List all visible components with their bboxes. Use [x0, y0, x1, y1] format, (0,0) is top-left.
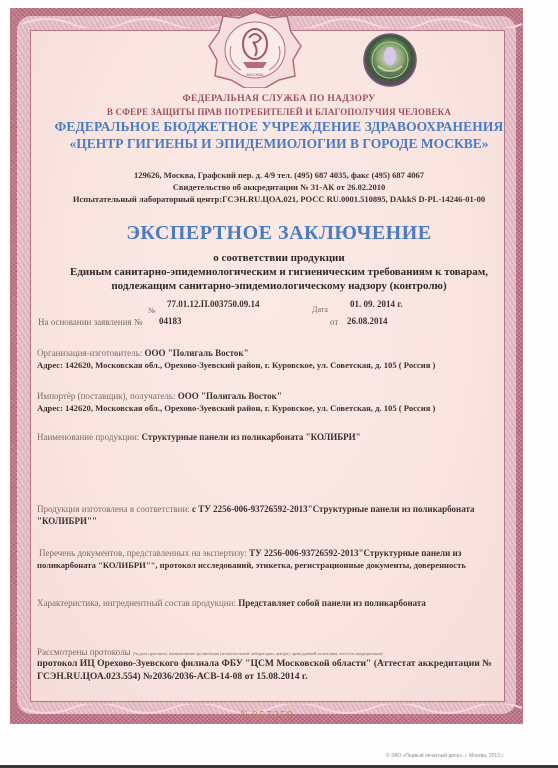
- document-date: 01. 09. 2014 г.: [350, 299, 403, 309]
- protocols-label: Рассмотрены протоколы: [37, 647, 131, 657]
- lab-center-ids: Испытательный лабораторный центр:ГСЭН.RU…: [0, 194, 558, 204]
- header-line-2: В СФЕРЕ ЗАЩИТЫ ПРАВ ПОТРЕБИТЕЛЕЙ И БЛАГО…: [0, 107, 558, 117]
- document-subtitle-2: Единым санитарно-эпидемиологическим и ги…: [0, 266, 558, 278]
- product-name: Структурные панели из поликарбоната "КОЛ…: [142, 432, 361, 442]
- printer-imprint: © ЗАО «Первый печатный двор», г. Москва,…: [386, 753, 504, 759]
- protocols-value: протокол ИЦ Орехово-Зуевского филиала ФБ…: [37, 658, 518, 670]
- application-date-label: от: [330, 317, 338, 327]
- importer-label: Импортёр (поставщик), получатель:: [37, 391, 176, 401]
- application-label: На основании заявления №: [38, 317, 143, 327]
- document-subtitle-1: о соответствии продукции: [0, 252, 558, 264]
- protocols-value-cont: ГСЭН.RU.ЦОА.023.554) №2036/2036-АСВ-14-0…: [37, 671, 518, 683]
- manufacturer-row: Организация-изготовитель: ООО "Полигаль …: [37, 347, 518, 359]
- documents-label: Перечень документов, представленных на э…: [39, 548, 247, 558]
- importer-address: Адрес: 142620, Московская обл., Орехово-…: [37, 402, 518, 414]
- standard-row: Продукция изготовлена в соответствии: с …: [37, 503, 518, 515]
- composition-label: Характеристика, ингредиентный состав про…: [37, 598, 236, 608]
- document-subtitle-3: подлежащим санитарно-эпидемиологическому…: [0, 280, 558, 292]
- application-date: 26.08.2014: [347, 316, 388, 326]
- composition-row: Характеристика, ингредиентный состав про…: [37, 597, 518, 609]
- standard-label: Продукция изготовлена в соответствии:: [37, 504, 190, 514]
- composition-value: Представляет собой панели из поликарбона…: [238, 598, 426, 608]
- serial-number: №057259: [240, 709, 294, 721]
- manufacturer-label: Организация-изготовитель:: [37, 348, 142, 358]
- document-number: 77.01.12.П.003750.09.14: [167, 299, 260, 309]
- documents-value-cont: поликарбоната "КОЛИБРИ"", протокол иссле…: [37, 559, 518, 571]
- protocols-note: (№,дата протокола, наименование организа…: [133, 651, 384, 656]
- product-label: Наименование продукции:: [37, 432, 139, 442]
- standard-value: с ТУ 2256-006-93726592-2013"Структурные …: [192, 504, 474, 514]
- date-label: Дата: [312, 305, 328, 314]
- document-title: ЭКСПЕРТНОЕ ЗАКЛЮЧЕНИЕ: [0, 222, 558, 245]
- standard-value-cont: "КОЛИБРИ"": [37, 515, 518, 527]
- documents-row: Перечень документов, представленных на э…: [39, 547, 518, 559]
- header-line-1: ФЕДЕРАЛЬНАЯ СЛУЖБА ПО НАДЗОРУ: [0, 94, 558, 104]
- application-number: 04183: [159, 316, 182, 326]
- number-label: №: [148, 306, 156, 315]
- svg-text:МОСКВА: МОСКВА: [247, 72, 264, 77]
- organization-name-line-2: «ЦЕНТР ГИГИЕНЫ И ЭПИДЕМИОЛОГИИ В ГОРОДЕ …: [0, 136, 558, 152]
- importer-row: Импортёр (поставщик), получатель: ООО "П…: [37, 390, 518, 402]
- manufacturer-name: ООО "Полигаль Восток": [145, 348, 249, 358]
- product-row: Наименование продукции: Структурные пане…: [37, 431, 518, 443]
- organization-name-line-1: ФЕДЕРАЛЬНОЕ БЮДЖЕТНОЕ УЧРЕЖДЕНИЕ ЗДРАВОО…: [0, 119, 558, 135]
- manufacturer-address: Адрес: 142620, Московская обл., Орехово-…: [37, 359, 518, 371]
- accreditation-certificate: Свидетельство об аккредитации № 31-АК от…: [0, 182, 558, 192]
- importer-name: ООО "Полигаль Восток": [178, 391, 282, 401]
- hologram-seal-icon: [362, 32, 418, 88]
- documents-value: ТУ 2256-006-93726592-2013"Структурные па…: [249, 548, 461, 558]
- organization-address: 129626, Москва, Графский пер. д. 4/9 тел…: [0, 170, 558, 180]
- rospotrebnadzor-emblem-icon: МОСКВА: [205, 10, 305, 88]
